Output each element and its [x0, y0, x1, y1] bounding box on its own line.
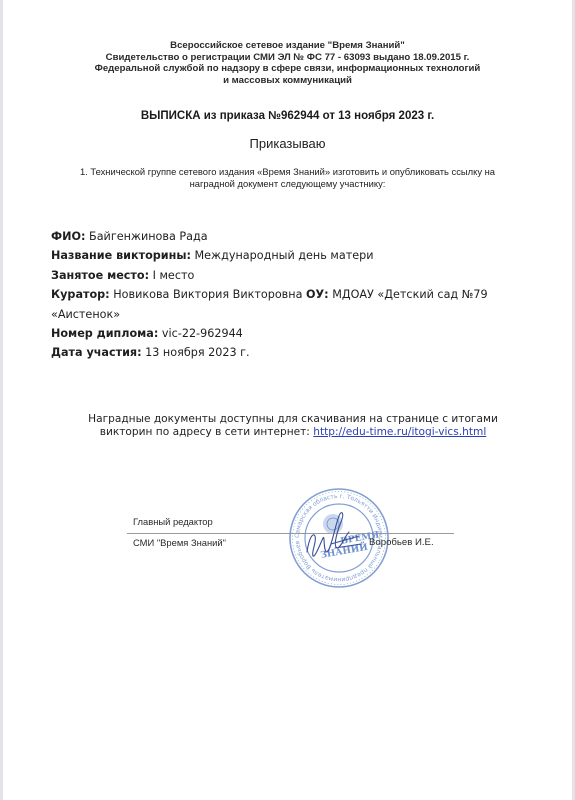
curator-value: Новикова Виктория Викторовна	[113, 288, 302, 301]
order-instruction: 1. Технической группе сетевого издания «…	[23, 166, 552, 190]
publisher-header: Всероссийское сетевое издание "Время Зна…	[3, 40, 572, 86]
signatory-role: Главный редактор	[133, 516, 213, 527]
org-label: ОУ:	[306, 288, 329, 301]
date-label: Дата участия:	[51, 346, 142, 359]
order-verb: Приказываю	[3, 136, 572, 151]
document-page: Всероссийское сетевое издание "Время Зна…	[3, 0, 572, 800]
quiz-row: Название викторины: Международный день м…	[51, 246, 521, 265]
fio-value: Байгенжинова Рада	[89, 230, 208, 243]
place-value: I место	[153, 269, 195, 282]
diploma-value: vic-22-962944	[162, 327, 243, 340]
fio-label: ФИО:	[51, 230, 85, 243]
signatory-org: СМИ "Время Знаний"	[133, 537, 226, 548]
curator-row: Куратор: Новикова Виктория Викторовна ОУ…	[51, 285, 521, 324]
date-value: 13 ноября 2023 г.	[145, 346, 249, 359]
registration-certificate: Свидетельство о регистрации СМИ ЭЛ № ФС …	[3, 52, 572, 64]
diploma-label: Номер диплома:	[51, 327, 158, 340]
participant-details: ФИО: Байгенжинова Рада Название викторин…	[51, 227, 521, 363]
place-label: Занятое место:	[51, 269, 149, 282]
date-row: Дата участия: 13 ноября 2023 г.	[51, 343, 521, 362]
signatory-name: Воробьев И.Е.	[369, 537, 434, 548]
instruction-line-2: наградной документ следующему участнику:	[23, 178, 552, 190]
registration-authority-cont: и массовых коммуникаций	[3, 75, 572, 87]
publisher-name: Всероссийское сетевое издание "Время Зна…	[3, 40, 572, 52]
download-notice: Наградные документы доступны для скачива…	[73, 413, 513, 439]
curator-label: Куратор:	[51, 288, 110, 301]
order-title: ВЫПИСКА из приказа №962944 от 13 ноября …	[3, 110, 572, 122]
results-link[interactable]: http://edu-time.ru/itogi-vics.html	[313, 426, 486, 438]
registration-authority: Федеральной службой по надзору в сфере с…	[3, 63, 572, 75]
place-row: Занятое место: I место	[51, 266, 521, 285]
quiz-label: Название викторины:	[51, 249, 191, 262]
diploma-row: Номер диплома: vic-22-962944	[51, 324, 521, 343]
fio-row: ФИО: Байгенжинова Рада	[51, 227, 521, 246]
instruction-line-1: 1. Технической группе сетевого издания «…	[23, 166, 552, 178]
quiz-value: Международный день матери	[195, 249, 374, 262]
